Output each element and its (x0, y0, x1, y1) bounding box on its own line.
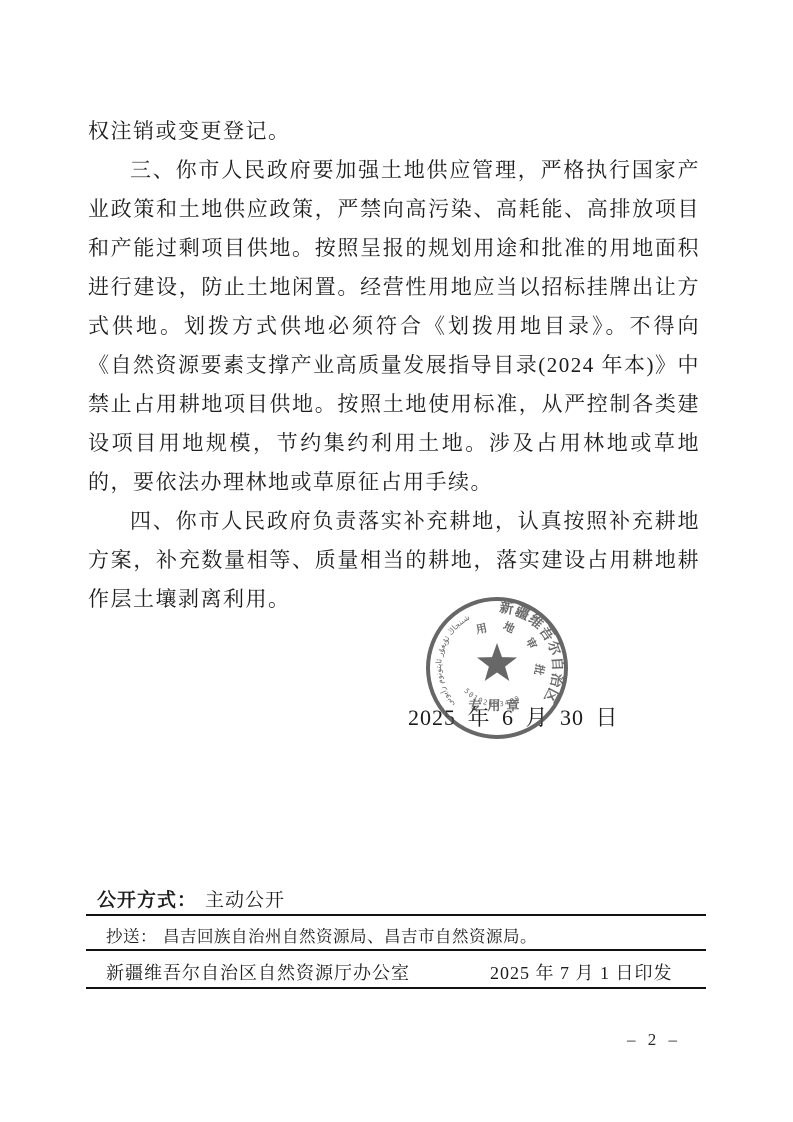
cc-value: 昌吉回族自治州自然资源局、昌吉市自然资源局。 (163, 927, 537, 946)
body-paragraph: 三、你市人民政府要加强土地供应管理，严格执行国家产业政策和土地供应政策，严禁向高… (88, 151, 700, 502)
issuer-office: 新疆维吾尔自治区自然资源厅办公室 (106, 963, 410, 983)
print-date: 2025 年 7 月 1 日印发 (490, 959, 673, 985)
disclosure-value: 主动公开 (205, 890, 285, 911)
issuer-row: 新疆维吾尔自治区自然资源厅办公室 2025 年 7 月 1 日印发 (106, 959, 694, 985)
footer-divider (86, 987, 706, 989)
footer-divider (86, 949, 706, 951)
disclosure-label: 公开方式： (97, 890, 197, 911)
document-page: 权注销或变更登记。 三、你市人民政府要加强土地供应管理，严格执行国家产业政策和土… (0, 0, 793, 1122)
official-seal-icon: 新疆维吾尔自治区 شىنجاڭ ئۇيغۇر ئاپتونوم رايونى 用… (422, 593, 572, 743)
footer-divider (86, 914, 706, 916)
seal-star-icon (477, 643, 517, 681)
document-body: 权注销或变更登记。 三、你市人民政府要加强土地供应管理，严格执行国家产业政策和土… (88, 112, 700, 619)
body-paragraph: 权注销或变更登记。 (88, 112, 700, 151)
cc-row: 抄送：昌吉回族自治州自然资源局、昌吉市自然资源局。 (106, 923, 537, 947)
body-paragraph: 四、你市人民政府负责落实补充耕地，认真按照补充耕地方案，补充数量相等、质量相当的… (88, 502, 700, 619)
cc-label: 抄送： (106, 927, 157, 946)
disclosure-row: 公开方式：主动公开 (97, 885, 285, 912)
page-number: – 2 – (627, 1030, 681, 1050)
